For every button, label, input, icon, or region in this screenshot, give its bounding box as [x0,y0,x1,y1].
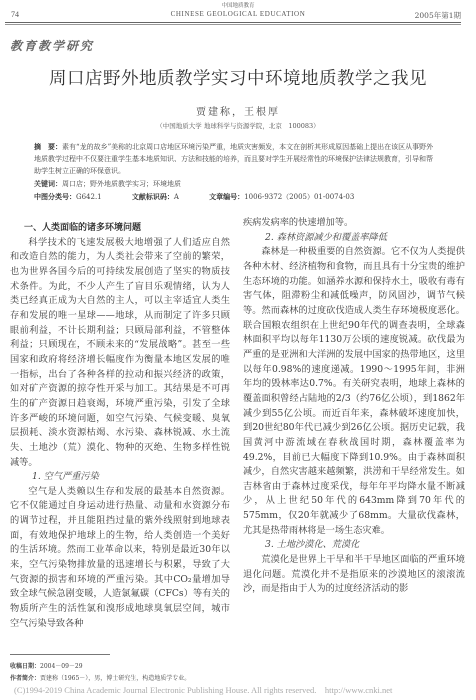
clc-value: G642.1 [76,193,102,201]
abstract-text: 素有“龙的故乡”美称的北京周口店地区环境污染严重，地质灾害频发，本文在剖析其形成… [34,143,433,175]
footnote-rule [10,654,110,655]
author-bio-label: 作者简介： [10,675,40,682]
section-heading-1: 一、人类面临的诸多环境问题 [10,221,230,236]
author-bio: 贾建称（1965－），男，博士研究生，构造地质学专业。 [40,675,190,682]
journal-name-en: CHINESE GEOLOGICAL EDUCATION [0,10,476,18]
paragraph: 荒漠化是世界上干旱和半干旱地区面临的严重环境退化问题。荒漠化并不是指原来的沙漠地… [243,553,465,597]
classification-meta: 中图分类号：G642.1 文献标识码：A 文章编号：1006-9372（2005… [34,192,454,202]
received-label: 收稿日期： [10,663,40,670]
abstract-label: 摘 要： [34,143,62,151]
section-tag: 教育教学研究 [10,37,94,54]
issue-label: 2005年第1期 [415,10,461,21]
keywords-label: 关键词： [34,180,62,188]
subsection-heading-2: 2. 森林资源减少和覆盖率降低 [243,231,465,246]
paragraph: 疾病发病率的快速增加等。 [243,216,465,231]
abstract: 摘 要：素有“龙的故乡”美称的北京周口店地区环境污染严重，地质灾害频发，本文在剖… [34,141,434,177]
subsection-heading-1: 1. 空气严重污染 [10,470,230,485]
keywords-text: 周口店；野外地质教学实习；环境地质 [62,180,181,188]
header-rule [5,22,461,25]
keywords: 关键词：周口店；野外地质教学实习；环境地质 [34,179,181,189]
authors: 贾建称，王根厚 [0,103,476,118]
clc-label: 中图分类号： [34,193,76,201]
affiliation: （中国地质大学 地球科学与资源学院，北京 100083） [0,121,476,130]
body-column-right: 疾病发病率的快速增加等。 2. 森林资源减少和覆盖率降低 森林是一种极重要的自然… [243,216,465,597]
journal-name-cn: 中国地质教育 [0,1,476,9]
doc-code-label: 文献标识码： [132,193,174,201]
copyright-notice: (C)1994-2019 China Academic Journal Elec… [14,684,392,696]
footnote-received: 收稿日期：2004－09－29 [10,661,83,670]
paragraph: 科学技术的飞速发展极大地增强了人们适应自然和改造自然的能力，为人类社会带来了空前… [10,236,230,471]
footnote-author: 作者简介：贾建称（1965－），男，博士研究生，构造地质学专业。 [10,673,190,682]
article-title: 周口店野外地质教学实习中环境地质教学之我见 [0,65,476,90]
subsection-heading-3: 3. 土地沙漠化、荒漠化 [243,538,465,553]
body-column-left: 一、人类面临的诸多环境问题 科学技术的飞速发展极大地增强了人们适应自然和改造自然… [10,221,230,631]
doc-code-value: A [174,193,179,201]
received-date: 2004－09－29 [40,663,83,670]
paragraph: 空气是人类赖以生存和发展的最基本自然资源。它不仅能通过自身运动进行热量、动量和水… [10,485,230,632]
article-id-value: 1006-9372（2005）01-0074-03 [244,193,354,201]
article-id-label: 文章编号： [209,193,244,201]
paragraph: 森林是一种极重要的自然资源。它不仅为人类提供各种木材、经济植物和食物，而且具有十… [243,245,465,538]
